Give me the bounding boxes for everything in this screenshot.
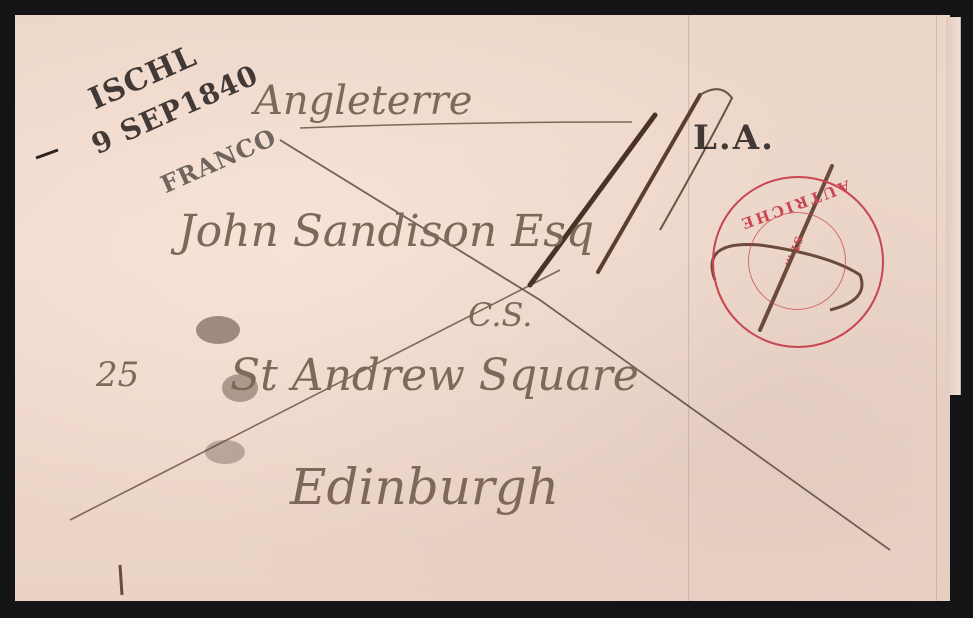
ink-smudge bbox=[196, 316, 240, 344]
addressee-name: John Sandison Esq bbox=[178, 206, 594, 257]
addressee-suffix: C.S. bbox=[468, 296, 532, 334]
city-name: Edinburgh bbox=[290, 458, 559, 516]
rate-stroke-3 bbox=[660, 89, 732, 230]
street-name: St Andrew Square bbox=[230, 350, 639, 401]
ink-dash bbox=[36, 150, 58, 158]
rate-stroke-1 bbox=[530, 115, 655, 285]
ink-smudge bbox=[205, 440, 245, 464]
street-number: 25 bbox=[96, 355, 139, 395]
ink-mark bbox=[120, 565, 122, 595]
accountancy-mark: L.A. bbox=[693, 118, 775, 158]
destination-country: Angleterre bbox=[254, 78, 472, 124]
